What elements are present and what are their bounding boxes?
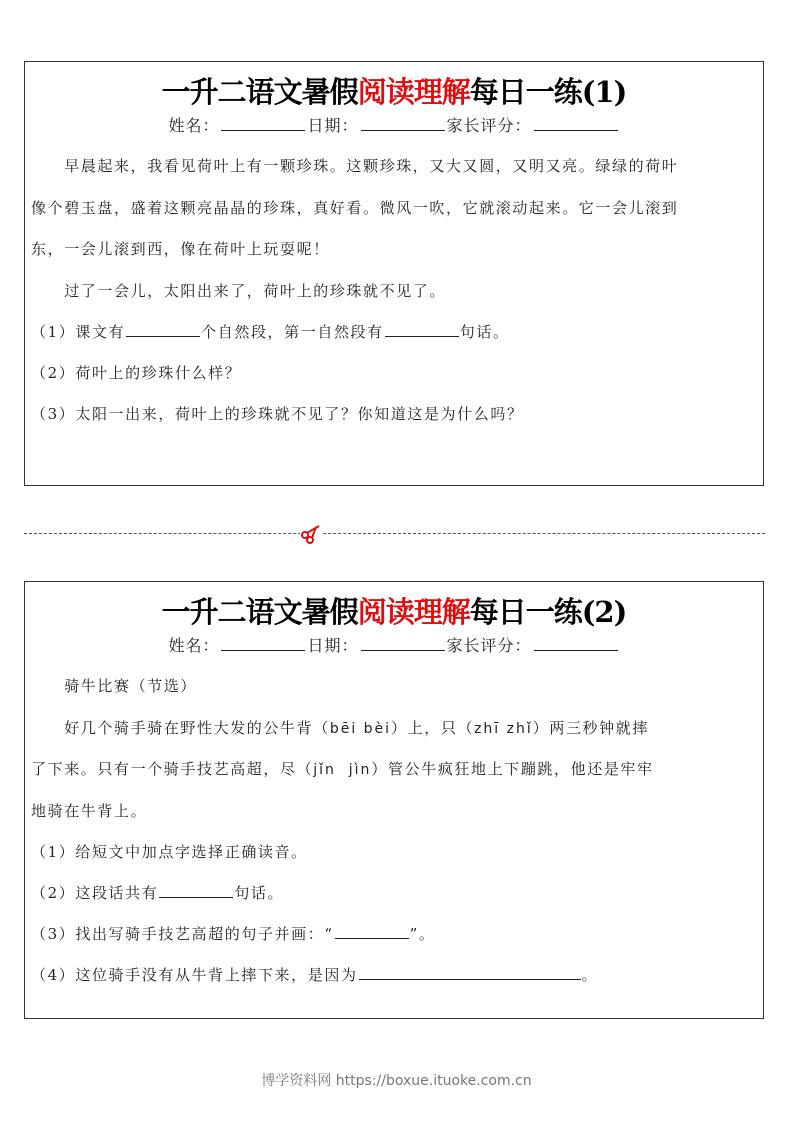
passage-text: ）上，只（ bbox=[391, 719, 474, 737]
passage-title: 骑牛比赛（节选） bbox=[31, 676, 757, 696]
name-blank[interactable] bbox=[221, 636, 305, 651]
passage-text: ）管公牛疯狂地上下蹦跳，他还是牢牢 bbox=[371, 760, 653, 778]
title-highlight: 阅读理解 bbox=[358, 75, 470, 109]
scissors-icon bbox=[300, 524, 322, 544]
question-text: 这段话共有 bbox=[75, 884, 158, 902]
question-number: （3） bbox=[31, 925, 75, 943]
name-blank[interactable] bbox=[221, 116, 305, 131]
pinyin-options: jǐn jìn bbox=[313, 762, 371, 778]
passage-line: 像个碧玉盘，盛着这颗亮晶晶的珍珠，真好看。微风一吹，它就滚动起来。它一会儿滚到 bbox=[31, 198, 757, 218]
parent-score-blank[interactable] bbox=[534, 636, 618, 651]
passage-text: 好几个骑手骑在野性大发的公牛背（ bbox=[31, 719, 330, 737]
student-info-row: 姓名：日期：家长评分： bbox=[25, 115, 763, 137]
question-number: （1） bbox=[31, 323, 75, 341]
title-prefix: 一升二语文暑假 bbox=[162, 75, 358, 109]
question-text: 找出写骑手技艺高超的句子并画：“ bbox=[75, 925, 333, 943]
question-2: （2）这段话共有句话。 bbox=[31, 883, 757, 903]
pinyin-options: zhī zhǐ bbox=[474, 721, 533, 737]
parent-score-label: 家长评分： bbox=[447, 116, 532, 135]
footer-watermark: 博学资料网 https://boxue.ituoke.com.cn bbox=[0, 1070, 793, 1090]
question-number: （2） bbox=[31, 884, 75, 902]
question-1: （1）课文有个自然段，第一自然段有句话。 bbox=[31, 322, 757, 342]
question-3: （3）太阳一出来，荷叶上的珍珠就不见了？你知道这是为什么吗？ bbox=[31, 404, 757, 424]
scissors-icon-svg bbox=[300, 524, 322, 544]
question-4: （4）这位骑手没有从牛背上摔下来，是因为。 bbox=[31, 965, 757, 985]
answer-blank[interactable] bbox=[126, 322, 200, 337]
title-suffix: 每日一练(2) bbox=[470, 595, 627, 629]
title-suffix: 每日一练(1) bbox=[470, 75, 627, 109]
title-prefix: 一升二语文暑假 bbox=[162, 595, 358, 629]
parent-score-blank[interactable] bbox=[534, 116, 618, 131]
date-label: 日期： bbox=[307, 116, 358, 135]
passage-text: ）两三秒钟就摔 bbox=[533, 719, 649, 737]
question-text: 句话。 bbox=[460, 323, 510, 341]
question-text: ”。 bbox=[410, 925, 436, 943]
worksheet-title: 一升二语文暑假阅读理解每日一练(2) bbox=[25, 592, 763, 632]
date-blank[interactable] bbox=[361, 636, 445, 651]
question-text: 。 bbox=[582, 966, 599, 984]
answer-blank[interactable] bbox=[159, 883, 233, 898]
question-text: 课文有 bbox=[75, 323, 125, 341]
question-text: 这位骑手没有从牛背上摔下来，是因为 bbox=[75, 966, 357, 984]
passage-line: 了下来。只有一个骑手技艺高超，尽（jǐn jìn）管公牛疯狂地上下蹦跳，他还是牢… bbox=[31, 759, 757, 780]
answer-blank[interactable] bbox=[335, 924, 409, 939]
date-label: 日期： bbox=[307, 636, 358, 655]
question-number: （2） bbox=[31, 364, 75, 382]
worksheet-card-2: 一升二语文暑假阅读理解每日一练(2) 姓名：日期：家长评分： 骑牛比赛（节选） … bbox=[24, 581, 764, 1019]
question-text: 太阳一出来，荷叶上的珍珠就不见了？你知道这是为什么吗？ bbox=[75, 405, 523, 423]
question-3: （3）找出写骑手技艺高超的句子并画：“”。 bbox=[31, 924, 757, 944]
question-number: （4） bbox=[31, 966, 75, 984]
question-number: （1） bbox=[31, 843, 75, 861]
passage-line: 过了一会儿，太阳出来了，荷叶上的珍珠就不见了。 bbox=[31, 281, 757, 301]
question-1: （1）给短文中加点字选择正确读音。 bbox=[31, 842, 757, 862]
passage-line: 东，一会儿滚到西，像在荷叶上玩耍呢！ bbox=[31, 239, 757, 259]
date-blank[interactable] bbox=[361, 116, 445, 131]
answer-blank[interactable] bbox=[385, 322, 459, 337]
name-label: 姓名： bbox=[168, 116, 219, 135]
parent-score-label: 家长评分： bbox=[447, 636, 532, 655]
student-info-row: 姓名：日期：家长评分： bbox=[25, 635, 763, 657]
worksheet-title: 一升二语文暑假阅读理解每日一练(1) bbox=[25, 72, 763, 112]
worksheet-card-1: 一升二语文暑假阅读理解每日一练(1) 姓名：日期：家长评分： 早晨起来，我看见荷… bbox=[24, 61, 764, 486]
name-label: 姓名： bbox=[168, 636, 219, 655]
cut-line-divider bbox=[24, 533, 765, 534]
title-highlight: 阅读理解 bbox=[358, 595, 470, 629]
question-text: 荷叶上的珍珠什么样？ bbox=[75, 364, 241, 382]
passage-line: 地骑在牛背上。 bbox=[31, 801, 757, 821]
question-2: （2）荷叶上的珍珠什么样？ bbox=[31, 363, 757, 383]
question-text: 句话。 bbox=[234, 884, 284, 902]
pinyin-options: bēi bèi bbox=[330, 721, 391, 737]
question-text: 给短文中加点字选择正确读音。 bbox=[75, 843, 307, 861]
answer-blank-long[interactable] bbox=[359, 965, 581, 980]
passage-line: 好几个骑手骑在野性大发的公牛背（bēi bèi）上，只（zhī zhǐ）两三秒钟… bbox=[31, 718, 757, 739]
passage-line: 早晨起来，我看见荷叶上有一颗珍珠。这颗珍珠，又大又圆，又明又亮。绿绿的荷叶 bbox=[31, 156, 757, 176]
passage-text: 了下来。只有一个骑手技艺高超，尽（ bbox=[31, 760, 313, 778]
question-text: 个自然段，第一自然段有 bbox=[201, 323, 384, 341]
question-number: （3） bbox=[31, 405, 75, 423]
